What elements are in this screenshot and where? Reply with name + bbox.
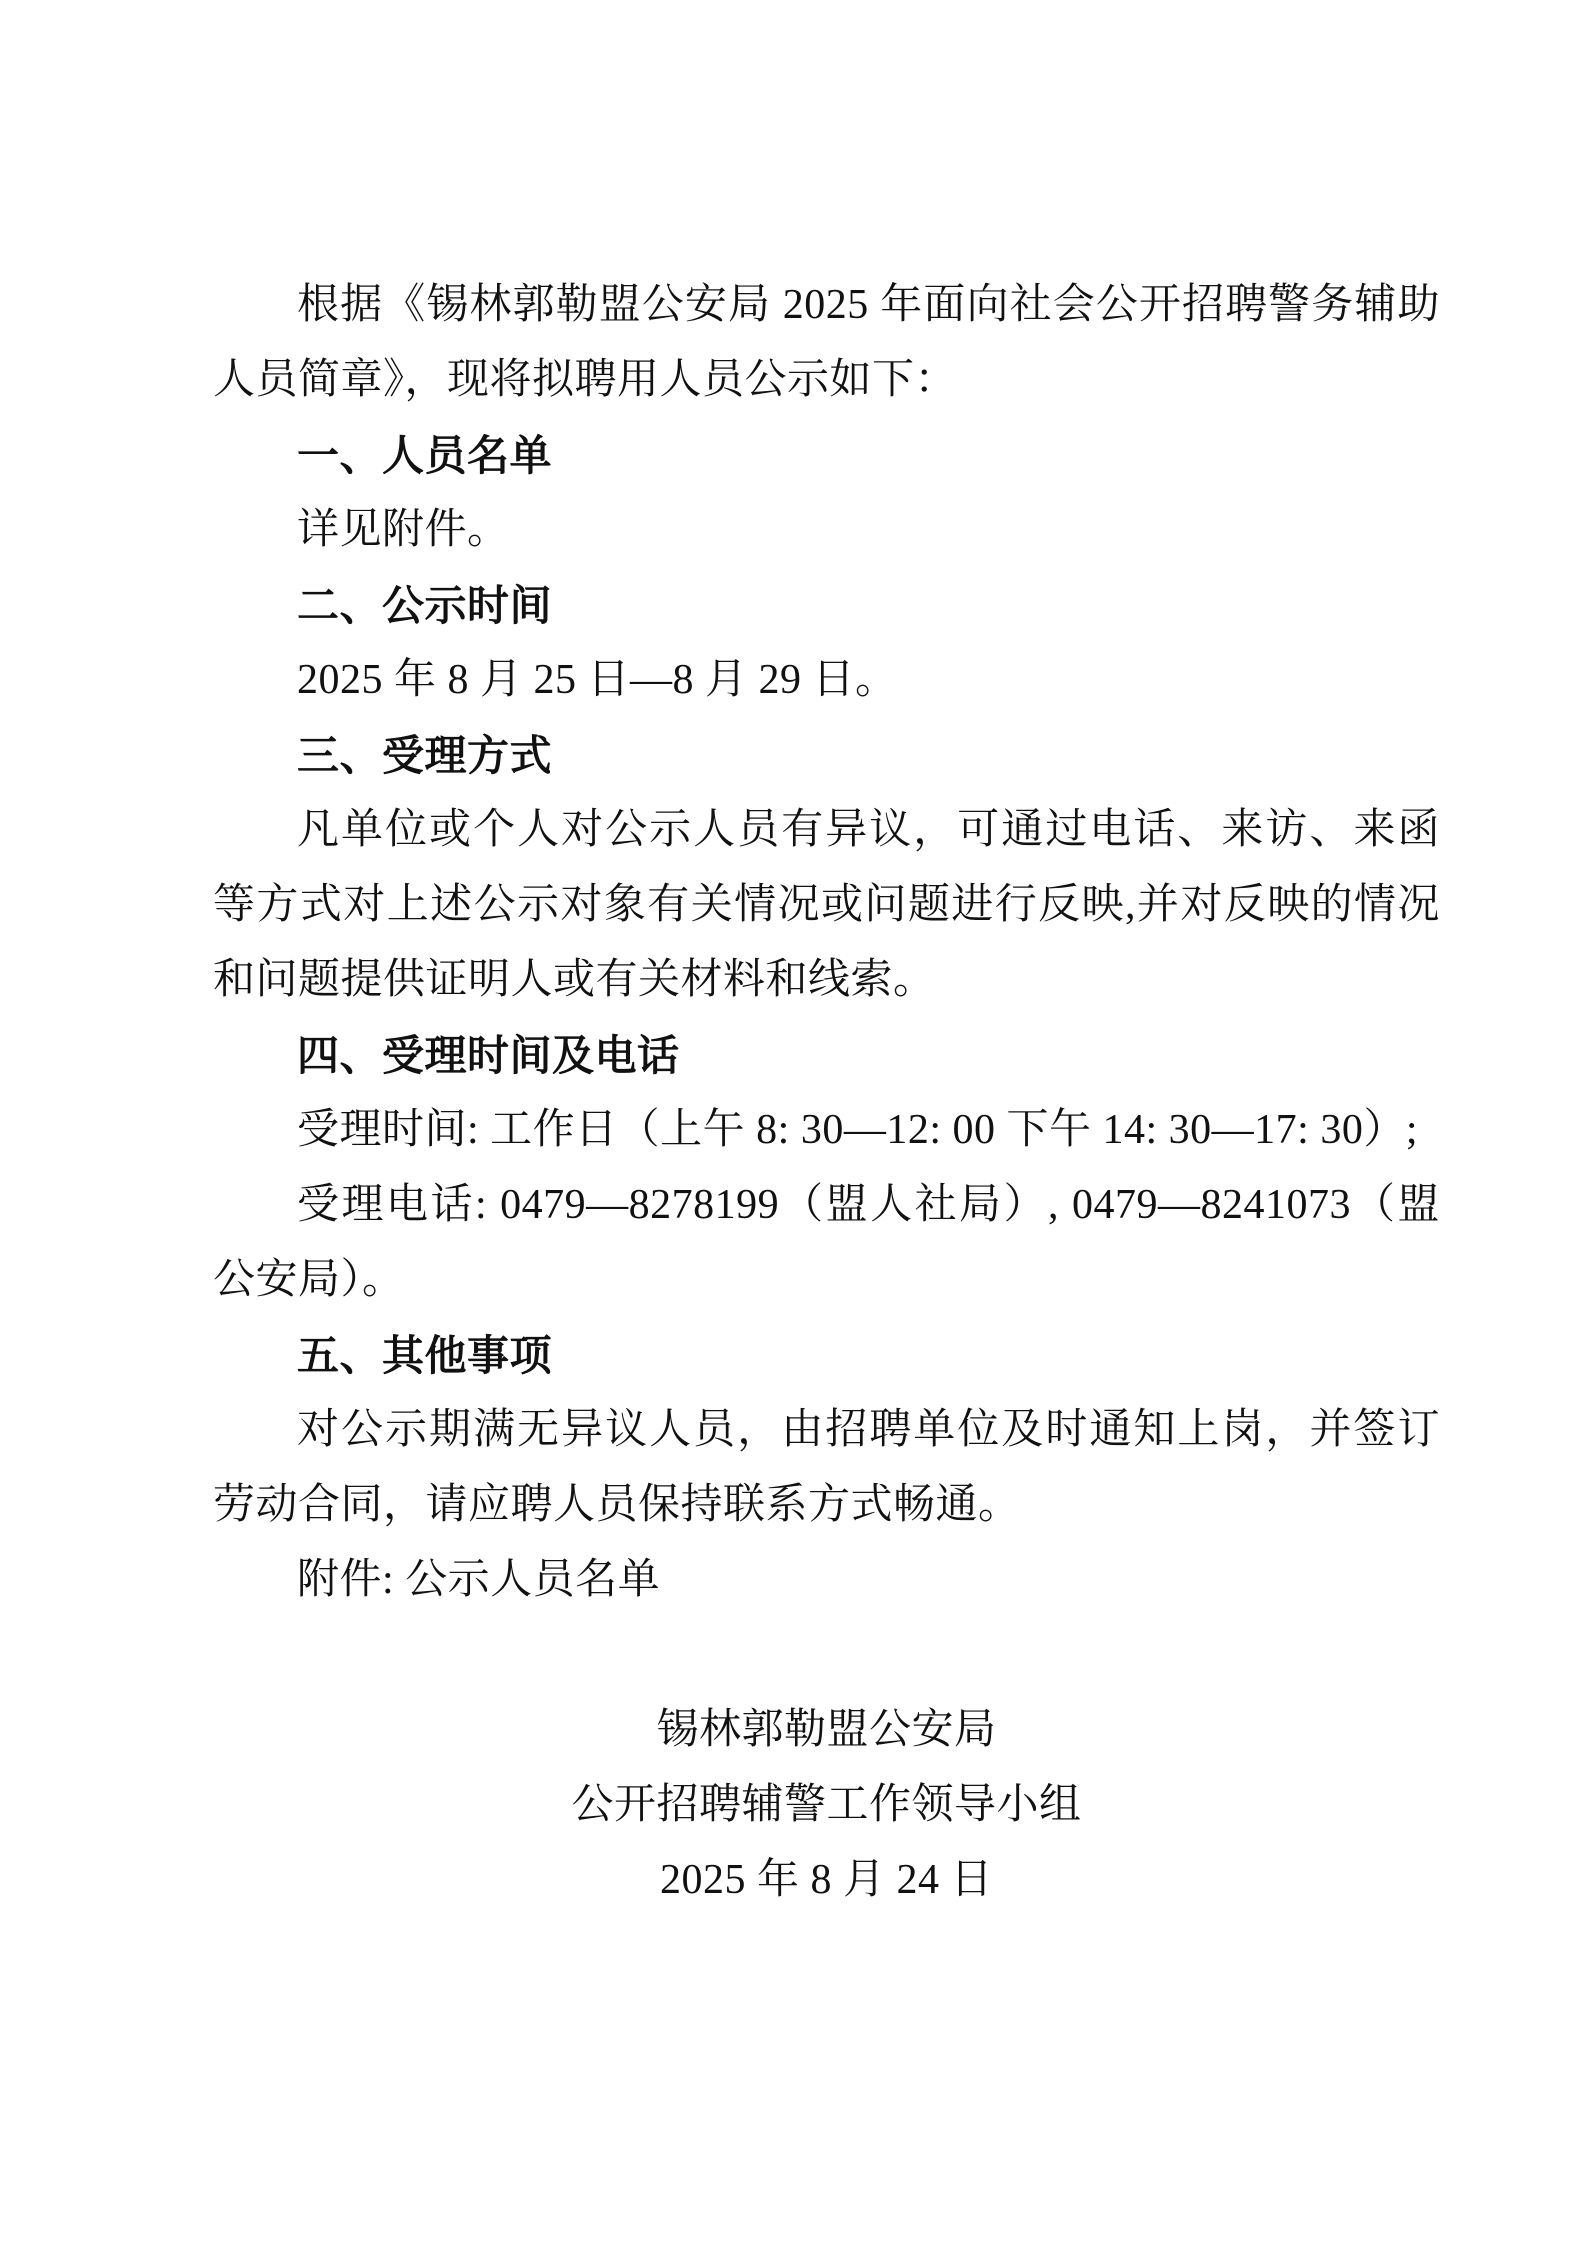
attachment-note: 附件: 公示人员名单 xyxy=(213,1543,1440,1618)
section-4-paragraph-time: 受理时间: 工作日（上午 8: 30—12: 00 下午 14: 30—17: … xyxy=(213,1093,1440,1168)
signature-org-line1: 锡林郭勒盟公安局 xyxy=(213,1693,1440,1768)
document-body: 根据《锡林郭勒盟公安局 2025 年面向社会公开招聘警务辅助人员简章》，现将拟聘… xyxy=(213,268,1440,1918)
section-1-paragraph: 详见附件。 xyxy=(213,493,1440,568)
section-3-paragraph: 凡单位或个人对公示人员有异议，可通过电话、来访、来函等方式对上述公示对象有关情况… xyxy=(213,793,1440,1018)
section-2-heading: 二、公示时间 xyxy=(213,568,1440,643)
section-3-heading: 三、受理方式 xyxy=(213,718,1440,793)
section-5-heading: 五、其他事项 xyxy=(213,1318,1440,1393)
intro-paragraph: 根据《锡林郭勒盟公安局 2025 年面向社会公开招聘警务辅助人员简章》，现将拟聘… xyxy=(213,268,1440,418)
signature-org-line2: 公开招聘辅警工作领导小组 xyxy=(213,1768,1440,1843)
section-4-heading: 四、受理时间及电话 xyxy=(213,1018,1440,1093)
section-4-paragraph-phone: 受理电话: 0479—8278199（盟人社局）, 0479—8241073（盟… xyxy=(213,1168,1440,1318)
signature-date: 2025 年 8 月 24 日 xyxy=(213,1843,1440,1918)
section-1-heading: 一、人员名单 xyxy=(213,418,1440,493)
section-5-paragraph: 对公示期满无异议人员，由招聘单位及时通知上岗，并签订劳动合同，请应聘人员保持联系… xyxy=(213,1393,1440,1543)
signature-block: 锡林郭勒盟公安局 公开招聘辅警工作领导小组 2025 年 8 月 24 日 xyxy=(213,1693,1440,1918)
section-2-paragraph: 2025 年 8 月 25 日—8 月 29 日。 xyxy=(213,643,1440,718)
document-page: 根据《锡林郭勒盟公安局 2025 年面向社会公开招聘警务辅助人员简章》，现将拟聘… xyxy=(0,0,1587,2245)
